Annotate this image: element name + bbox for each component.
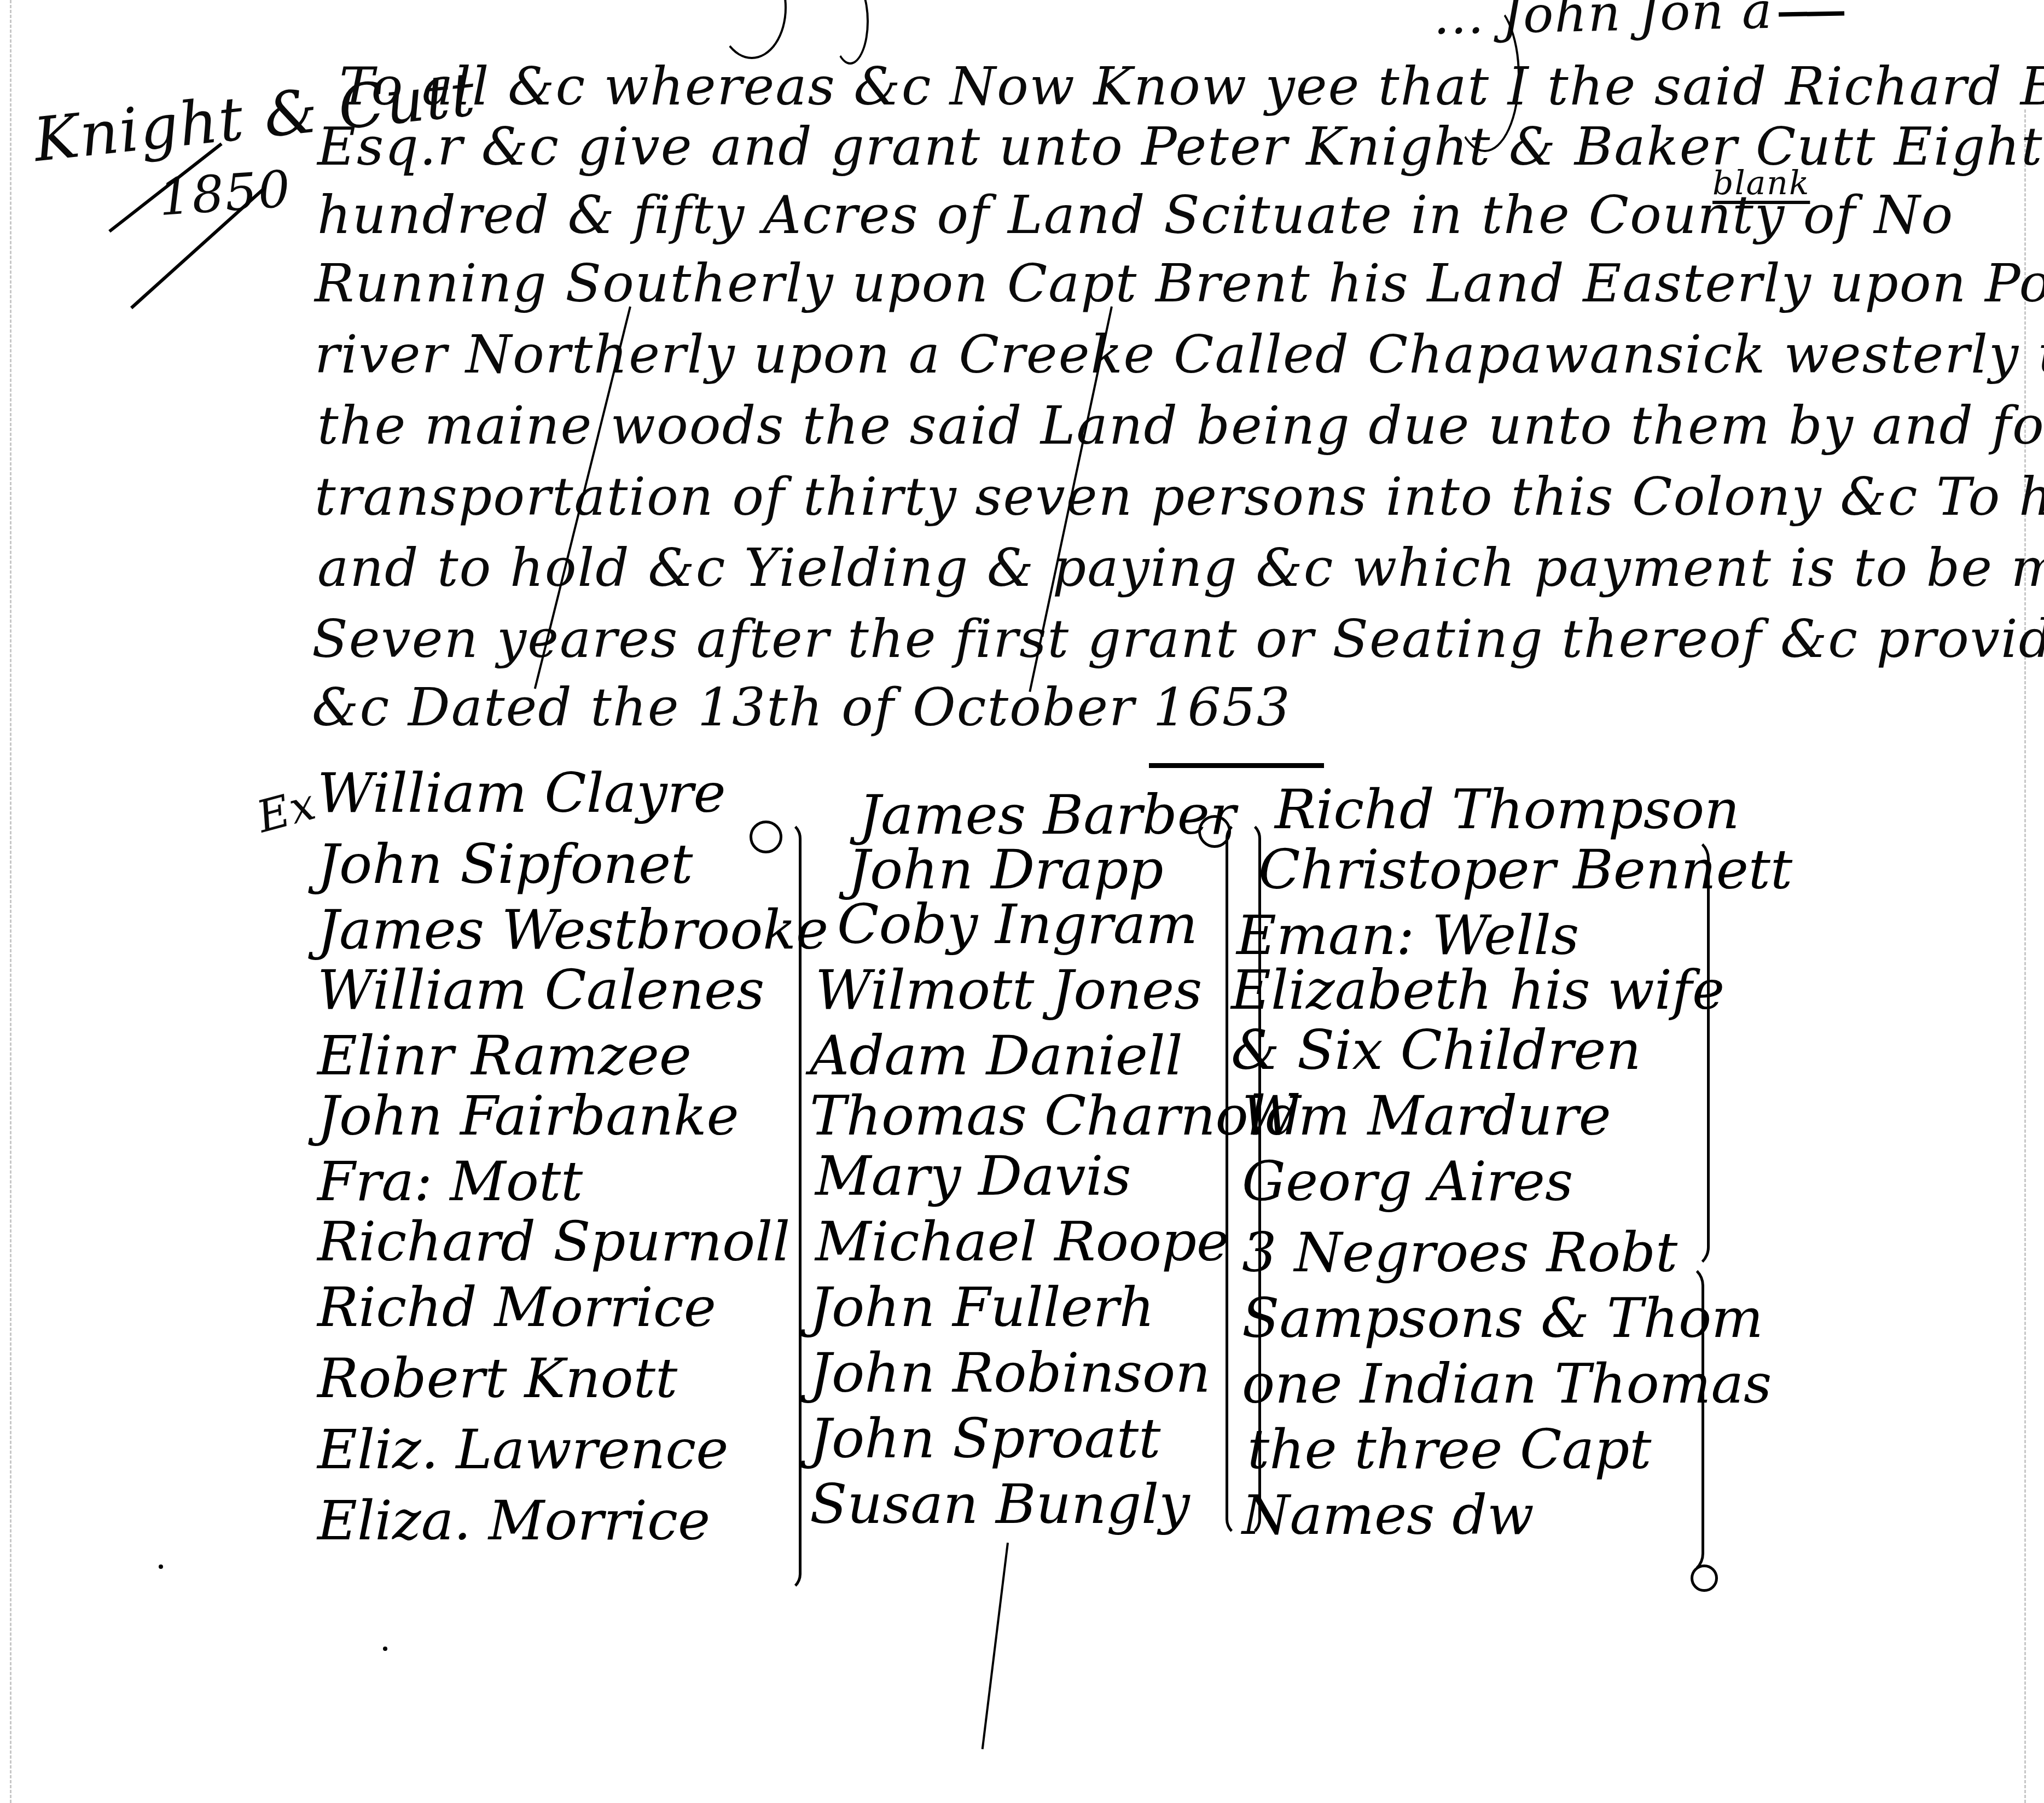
ink-speck	[383, 1647, 387, 1651]
headright-name: & Six Children	[1231, 1023, 1641, 1078]
brace-upper	[1652, 837, 1710, 1269]
headright-name: Wm Mardure	[1242, 1089, 1611, 1143]
examined-mark: Ex	[252, 778, 322, 843]
body-line-5: river Northerly upon a Creeke Called Cha…	[315, 328, 2044, 381]
headright-name: Robert Knott	[317, 1351, 677, 1406]
headright-name: Mary Davis	[815, 1149, 1131, 1203]
headright-name: John Fairbanke	[317, 1089, 739, 1143]
top-fragment-rule	[1779, 11, 1844, 17]
headright-name: John Sproatt	[810, 1411, 1160, 1466]
flourish-loop	[832, 0, 869, 65]
body-line-6: the maine woods the said Land being due …	[317, 399, 2044, 452]
document-page: ... John Jon a Knight & Cutt 1850 To all…	[0, 0, 2044, 1803]
headright-name: Richd Thompson	[1275, 782, 1740, 837]
headright-name: William Clayre	[317, 766, 726, 821]
headright-name: Georg Aires	[1242, 1154, 1573, 1209]
headright-name: Elizabeth his wife	[1231, 963, 1724, 1017]
body-line-3: hundred & fifty Acres of Land Scituate i…	[317, 189, 1954, 241]
headright-name: Names dw	[1242, 1488, 1534, 1543]
body-line-4: Running Southerly upon Capt Brent his La…	[315, 257, 2044, 310]
headright-name: Eliz. Lawrence	[317, 1422, 728, 1477]
brace-lower	[1652, 1264, 1704, 1575]
headright-name: Eliza. Morrice	[317, 1493, 710, 1548]
headright-name: Elinr Ramzee	[317, 1028, 692, 1083]
body-line-9: Seven yeares after the first grant or Se…	[312, 613, 2044, 665]
headright-name: the three Capt	[1247, 1422, 1651, 1477]
headright-name: Susan Bungly	[810, 1477, 1190, 1532]
body-line-10: &c Dated the 13th of October 1653	[312, 681, 1291, 734]
margin-number: 1850	[157, 160, 293, 228]
headright-name: Richd Morrice	[317, 1280, 716, 1335]
headright-name: John Robinson	[810, 1346, 1211, 1400]
brace-curl	[1691, 1564, 1718, 1592]
body-line-7: transportation of thirty seven persons i…	[315, 470, 2044, 523]
headright-name: 3 Negroes Robt	[1242, 1225, 1677, 1280]
headright-name: John Sipfonet	[317, 837, 693, 892]
headright-name: Adam Daniell	[810, 1028, 1183, 1083]
headright-name: James Westbrooke	[317, 903, 828, 957]
headright-name: John Drapp	[848, 842, 1164, 897]
headright-name: Fra: Mott	[317, 1154, 583, 1209]
headright-name: Richard Spurnoll	[317, 1214, 790, 1269]
ink-speck	[159, 1564, 163, 1569]
body-line-1: To all &c whereas &c Now Know yee that I…	[339, 60, 2044, 113]
headright-name: Eman: Wells	[1236, 908, 1579, 963]
headright-name: Michael Roope	[815, 1214, 1229, 1269]
headright-name: Christoper Bennett	[1258, 842, 1792, 897]
headright-name: Wilmott Jones	[815, 963, 1202, 1017]
headright-name: John Fullerh	[810, 1280, 1154, 1335]
date-underline	[1149, 763, 1324, 768]
blank-note: blank	[1712, 164, 1810, 202]
headright-name: Coby Ingram	[837, 897, 1198, 952]
flourish-loop	[717, 0, 787, 59]
headright-name: James Barber	[859, 788, 1236, 842]
scan-edge-left	[10, 0, 11, 1803]
bracket-column-1	[766, 821, 802, 1592]
body-line-8: and to hold &c Yielding & paying &c whic…	[317, 542, 2044, 594]
headright-name: William Calenes	[317, 963, 764, 1017]
descender-stroke	[982, 1543, 1009, 1749]
